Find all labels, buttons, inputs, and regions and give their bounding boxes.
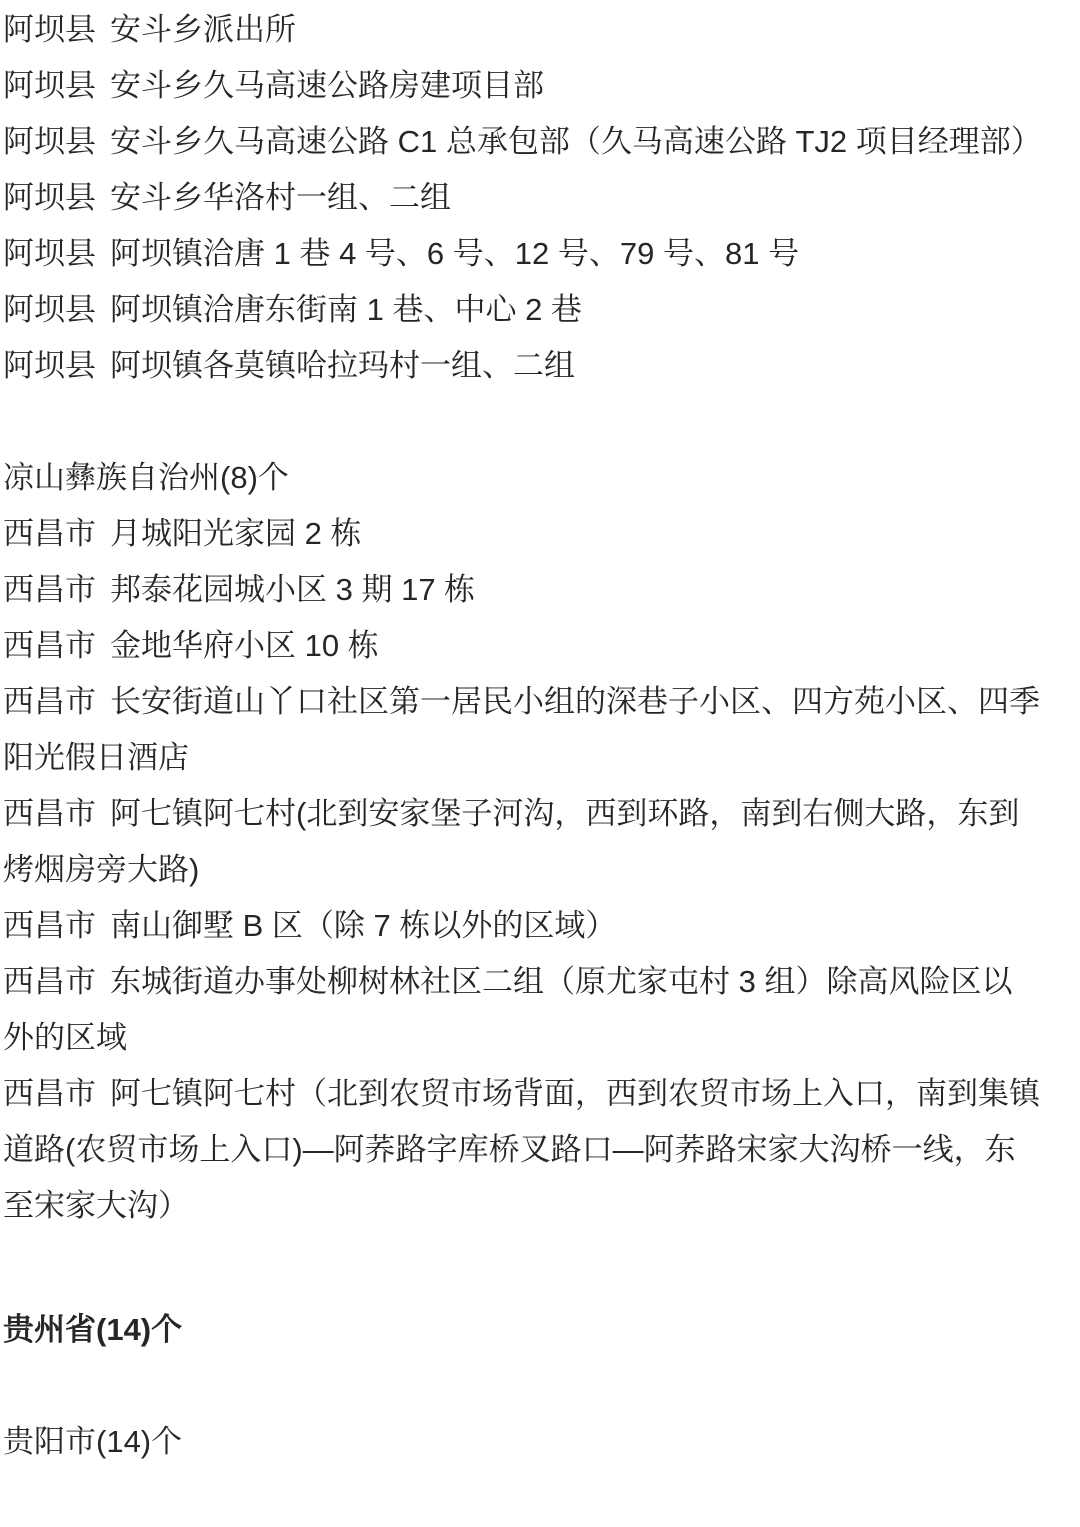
entry-place: 阿七镇阿七村(北到安家堡子河沟，西到环路，南到右侧大路，东到烤烟房旁大路): [3, 796, 1019, 887]
risk-area-entry: 阿坝县安斗乡久马高速公路房建项目部: [3, 58, 1043, 114]
risk-area-list: 阿坝县安斗乡派出所 阿坝县安斗乡久马高速公路房建项目部 阿坝县安斗乡久马高速公路…: [0, 0, 1080, 1470]
guiyang-city-header: 贵阳市(14)个: [3, 1414, 1043, 1470]
risk-area-entry: 阿坝县阿坝镇洽唐 1 巷 4 号、6 号、12 号、79 号、81 号: [3, 226, 1043, 282]
risk-area-entry: 阿坝县安斗乡华洛村一组、二组: [3, 170, 1043, 226]
entry-county: 阿坝县: [3, 12, 96, 47]
risk-area-entry: 阿坝县安斗乡派出所: [3, 2, 1043, 58]
entry-place: 东城街道办事处柳树林社区二组（原尤家屯村 3 组）除高风险区以外的区域: [3, 964, 1012, 1055]
entry-place: 阿七镇阿七村（北到农贸市场背面，西到农贸市场上入口，南到集镇道路(农贸市场上入口…: [3, 1076, 1040, 1223]
entry-county: 西昌市: [3, 964, 96, 999]
entry-place: 阿坝镇各莫镇哈拉玛村一组、二组: [110, 348, 575, 383]
risk-area-entry: 西昌市长安街道山丫口社区第一居民小组的深巷子小区、四方苑小区、四季阳光假日酒店: [3, 674, 1043, 786]
risk-area-entry: 西昌市月城阳光家园 2 栋: [3, 506, 1043, 562]
entry-county: 西昌市: [3, 1076, 96, 1111]
entry-place: 安斗乡久马高速公路房建项目部: [110, 68, 544, 103]
liangshan-prefecture-header: 凉山彝族自治州(8)个: [3, 450, 1043, 506]
entry-county: 西昌市: [3, 796, 96, 831]
entry-county: 阿坝县: [3, 68, 96, 103]
aba-county-entry-group: 阿坝县安斗乡派出所 阿坝县安斗乡久马高速公路房建项目部 阿坝县安斗乡久马高速公路…: [3, 2, 1043, 394]
entry-county: 西昌市: [3, 908, 96, 943]
entry-place: 邦泰花园城小区 3 期 17 栋: [110, 572, 475, 607]
entry-county: 阿坝县: [3, 348, 96, 383]
entry-county: 阿坝县: [3, 180, 96, 215]
entry-place: 南山御墅 B 区（除 7 栋以外的区域）: [110, 908, 616, 943]
guizhou-province-header: 贵州省(14)个: [3, 1302, 1043, 1358]
entry-county: 阿坝县: [3, 124, 96, 159]
risk-area-entry: 西昌市邦泰花园城小区 3 期 17 栋: [3, 562, 1043, 618]
risk-area-entry: 西昌市金地华府小区 10 栋: [3, 618, 1043, 674]
risk-area-entry: 西昌市阿七镇阿七村（北到农贸市场背面，西到农贸市场上入口，南到集镇道路(农贸市场…: [3, 1066, 1043, 1234]
entry-place: 金地华府小区 10 栋: [110, 628, 379, 663]
risk-area-entry: 阿坝县安斗乡久马高速公路 C1 总承包部（久马高速公路 TJ2 项目经理部）: [3, 114, 1043, 170]
entry-place: 长安街道山丫口社区第一居民小组的深巷子小区、四方苑小区、四季阳光假日酒店: [3, 684, 1040, 775]
risk-area-entry: 阿坝县阿坝镇各莫镇哈拉玛村一组、二组: [3, 338, 1043, 394]
entry-county: 阿坝县: [3, 236, 96, 271]
entry-county: 西昌市: [3, 572, 96, 607]
entry-place: 安斗乡派出所: [110, 12, 296, 47]
entry-place: 安斗乡久马高速公路 C1 总承包部（久马高速公路 TJ2 项目经理部）: [110, 124, 1042, 159]
entry-county: 阿坝县: [3, 292, 96, 327]
entry-place: 阿坝镇洽唐 1 巷 4 号、6 号、12 号、79 号、81 号: [110, 236, 799, 271]
entry-place: 阿坝镇洽唐东街南 1 巷、中心 2 巷: [110, 292, 582, 327]
entry-place: 安斗乡华洛村一组、二组: [110, 180, 451, 215]
liangshan-prefecture-section: 凉山彝族自治州(8)个 西昌市月城阳光家园 2 栋 西昌市邦泰花园城小区 3 期…: [3, 450, 1043, 1234]
risk-area-entry: 西昌市阿七镇阿七村(北到安家堡子河沟，西到环路，南到右侧大路，东到烤烟房旁大路): [3, 786, 1043, 898]
entry-county: 西昌市: [3, 684, 96, 719]
risk-area-entry: 阿坝县阿坝镇洽唐东街南 1 巷、中心 2 巷: [3, 282, 1043, 338]
risk-area-entry: 西昌市南山御墅 B 区（除 7 栋以外的区域）: [3, 898, 1043, 954]
entry-place: 月城阳光家园 2 栋: [110, 516, 361, 551]
entry-county: 西昌市: [3, 516, 96, 551]
entry-county: 西昌市: [3, 628, 96, 663]
risk-area-entry: 西昌市东城街道办事处柳树林社区二组（原尤家屯村 3 组）除高风险区以外的区域: [3, 954, 1043, 1066]
